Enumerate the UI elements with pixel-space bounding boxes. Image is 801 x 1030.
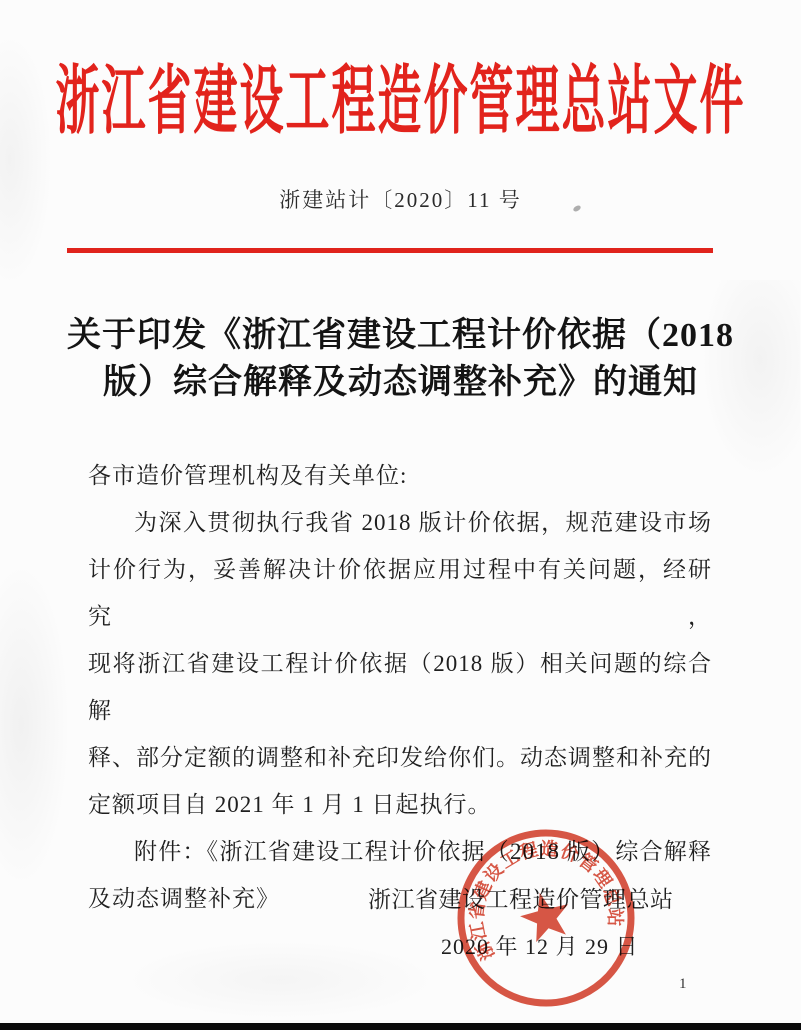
paragraph-line: 释、部分定额的调整和补充印发给你们。动态调整和补充的 — [88, 734, 712, 781]
paragraph-line: 现将浙江省建设工程计价依据（2018 版）相关问题的综合解 — [88, 640, 712, 734]
document-number: 浙建站计〔2020〕11 号 — [0, 184, 801, 214]
scan-noise — [0, 560, 70, 890]
paragraph-line: 定额项目自 2021 年 1 月 1 日起执行。 — [88, 781, 712, 828]
scan-edge-bar — [0, 1023, 801, 1030]
document-title-line1: 关于印发《浙江省建设工程计价依据（2018 — [0, 312, 801, 359]
letterhead-org-title: 浙江省建设工程造价管理总站文件 — [0, 40, 801, 149]
document-page: 浙江省建设工程造价管理总站文件 浙建站计〔2020〕11 号 关于印发《浙江省建… — [0, 0, 801, 1030]
seal-arc-text: 浙江省建设工程造价管理总站 — [452, 824, 631, 965]
seal-star-icon — [516, 887, 575, 945]
document-title-line2: 版）综合解释及动态调整补充》的通知 — [0, 359, 801, 406]
paragraph-line: 为深入贯彻执行我省 2018 版计价依据，规范建设市场 — [88, 499, 712, 546]
paragraph-line: 计价行为，妥善解决计价依据应用过程中有关问题，经研究， — [88, 546, 712, 640]
svg-text:浙江省建设工程造价管理总站: 浙江省建设工程造价管理总站 — [452, 824, 631, 965]
official-seal-stamp: 浙江省建设工程造价管理总站 — [452, 824, 640, 1012]
document-title: 关于印发《浙江省建设工程计价依据（2018 版）综合解释及动态调整补充》的通知 — [0, 312, 801, 406]
scan-noise — [120, 940, 440, 1020]
red-divider-line — [67, 248, 713, 253]
page-number: 1 — [679, 976, 687, 993]
salutation: 各市造价管理机构及有关单位: — [88, 452, 712, 499]
